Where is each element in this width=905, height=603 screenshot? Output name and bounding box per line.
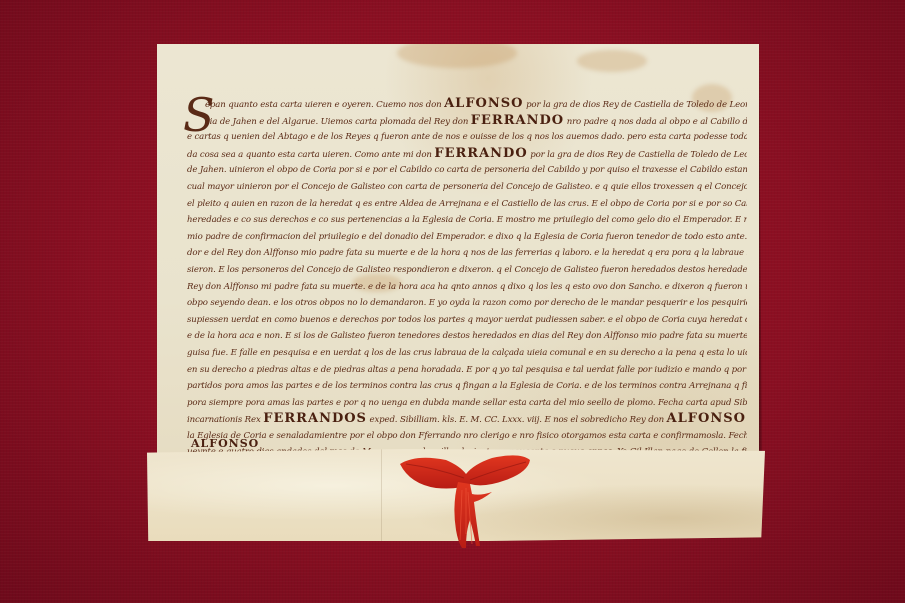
text-line: epan quanto esta carta uieren e oyeren. …: [187, 96, 747, 113]
text-line: dor e del Rey don Alffonso mio padre fat…: [187, 245, 747, 262]
text-line: mio padre de confirmacion del priuilegio…: [187, 229, 747, 246]
text-line: da cosa sea a quanto esta carta uieren. …: [187, 146, 747, 163]
text-line: el pleito q auien en razon de la heredat…: [187, 196, 747, 213]
text-line: de Jahen. uinieron el obpo de Coria por …: [187, 162, 747, 179]
text-line: cual mayor uinieron por el Concejo de Ga…: [187, 179, 747, 196]
text-line: Rey don Alffonso mi padre fata su muerte…: [187, 279, 747, 296]
text-line: sieron. E los personeros del Concejo de …: [187, 262, 747, 279]
text-line: la Eglesia de Coria e senaladamientre po…: [187, 428, 747, 445]
text-line: e cartas q uenien del Abtago e de los Re…: [187, 129, 747, 146]
parchment-charter: S epan quanto esta carta uieren e oyeren…: [157, 44, 759, 469]
text-line: guisa fue. E falle en pesquisa e en uerd…: [187, 345, 747, 362]
text-line: pora siempre pora amas las partes e por …: [187, 395, 747, 412]
text-line: supiessen uerdat en como buenos e derech…: [187, 312, 747, 329]
royal-signature: ALFONSO: [191, 437, 259, 450]
silk-cord-bow-icon: [396, 450, 534, 550]
text-line: cia de Jahen e del Algarue. Uiemos carta…: [187, 113, 747, 130]
text-line: e de la hora aca e non. E si los de Gali…: [187, 328, 747, 345]
fold-crease: [381, 449, 382, 541]
text-line: en su derecho a piedras altas e de piedr…: [187, 362, 747, 379]
text-line: incarnationis Rex FERRANDOS exped. Sibil…: [187, 411, 747, 428]
text-line: partidos pora amos las partes e de los t…: [187, 378, 747, 395]
text-line: obpo seyendo dean. e los otros obpos no …: [187, 295, 747, 312]
water-stain: [577, 50, 647, 72]
text-line: heredades e co sus derechos e co sus per…: [187, 212, 747, 229]
charter-text: epan quanto esta carta uieren e oyeren. …: [187, 96, 747, 461]
